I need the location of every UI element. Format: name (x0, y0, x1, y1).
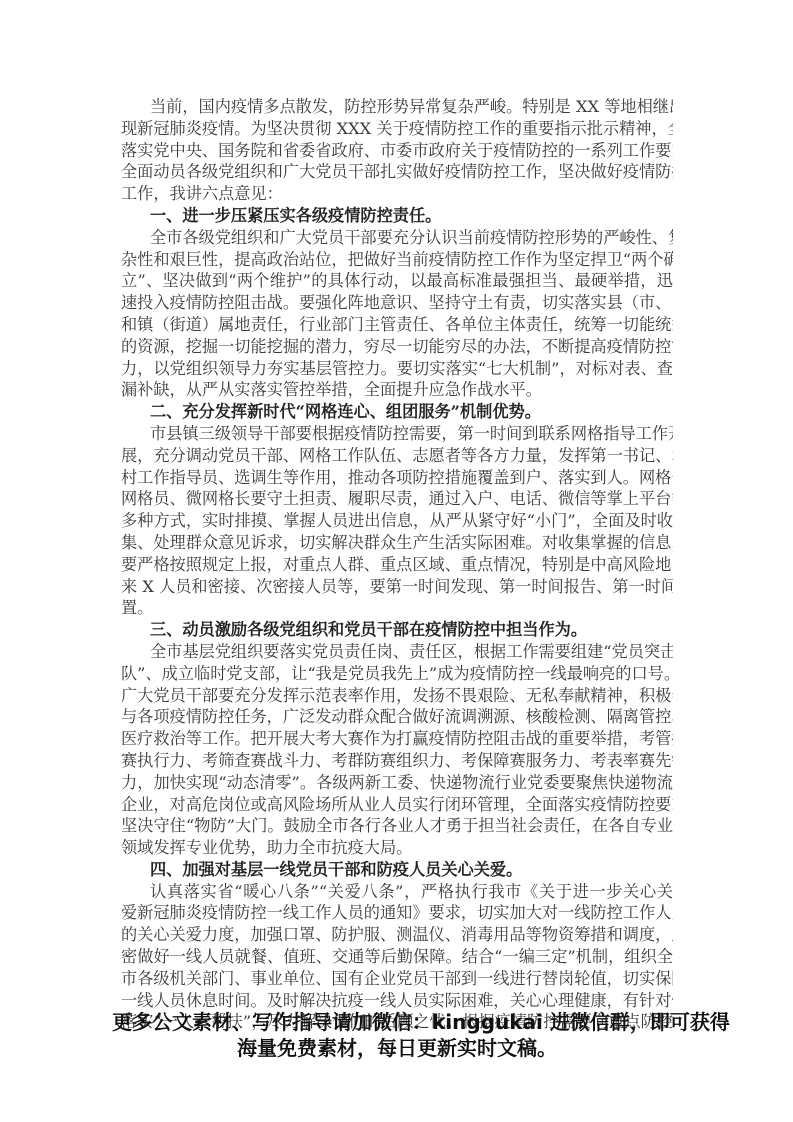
paragraph-line: 落实党中央、国务院和省委省政府、市委市政府关于疫情防控的一系列工作要求， (121, 140, 673, 162)
paragraph-line: 村工作指导员、选调生等作用，推动各项防控措施覆盖到户、落实到人。网格长、 (121, 467, 673, 489)
paragraph-line: 爱新冠肺炎疫情防控一线工作人员的通知》要求，切实加大对一线防控工作人员 (121, 902, 673, 924)
paragraph-line: 队”、成立临时党支部，让“我是党员我先上”成为疫情防控一线最响亮的口号。 (121, 663, 673, 685)
paragraph-line: 领域发挥专业优势，助力全市抗疫大局。 (121, 837, 673, 859)
paragraph-line: 的资源，挖掘一切能挖掘的潜力，穷尽一切能穷尽的办法，不断提高疫情防控能 (121, 336, 673, 358)
promo-footer: 更多公文素材、写作指导请加微信：kinggukai 进微信群，即可获得 海量免费… (112, 1009, 682, 1061)
paragraph-line: 市各级机关部门、事业单位、国有企业党员干部到一线进行替岗轮值，切实保障 (121, 968, 673, 990)
paragraph-line: 立”、坚决做到“两个维护”的具体行动，以最高标准最强担当、最硬举措，迅 (121, 270, 673, 292)
paragraph-line: 漏补缺，从严从实落实管控举措，全面提升应急作战水平。 (121, 379, 673, 401)
paragraph-line: 置。 (121, 597, 673, 619)
paragraph-line: 多种方式，实时排摸、掌握人员进出信息，从严从紧守好“小门”，全面及时收 (121, 510, 673, 532)
paragraph-line: 工作，我讲六点意见： (121, 183, 673, 205)
paragraph-line: 要严格按照规定上报，对重点人群、重点区域、重点情况，特别是中高风险地区 (121, 554, 673, 576)
paragraph-line: 来 X 人员和密接、次密接人员等，要第一时间发现、第一时间报告、第一时间处 (121, 576, 673, 598)
promo-footer-line-1: 更多公文素材、写作指导请加微信：kinggukai 进微信群，即可获得 (112, 1009, 682, 1035)
paragraph-line: 现新冠肺炎疫情。为坚决贯彻 XXX 关于疫情防控工作的重要指示批示精神，全面 (121, 118, 673, 140)
paragraph-line: 认真落实省“暖心八条”“关爱八条”，严格执行我市《关于进一步关心关 (121, 881, 673, 903)
paragraph-line: 坚决守住“物防”大门。鼓励全市各行各业人才勇于担当社会责任，在各自专业 (121, 815, 673, 837)
paragraph-line: 网格员、微网格长要守土担责、履职尽责，通过入户、电话、微信等掌上平台等 (121, 488, 673, 510)
paragraph-line: 赛执行力、考筛查赛战斗力、考群防赛组织力、考保障赛服务力、考表率赛先锋 (121, 750, 673, 772)
paragraph-line: 当前，国内疫情多点散发，防控形势异常复杂严峻。特别是 XX 等地相继出 (121, 96, 673, 118)
paragraph-line: 力，加快实现“动态清零”。各级两新工委、快递物流行业党委要聚焦快递物流 (121, 772, 673, 794)
document-page: 当前，国内疫情多点散发，防控形势异常复杂严峻。特别是 XX 等地相继出现新冠肺炎… (0, 0, 793, 1122)
paragraph-line: 展，充分调动党员干部、网格工作队伍、志愿者等各方力量，发挥第一书记、农 (121, 445, 673, 467)
paragraph-line: 全面动员各级党组织和广大党员干部扎实做好疫情防控工作，坚决做好疫情防控 (121, 161, 673, 183)
paragraph-line: 密做好一线人员就餐、值班、交通等后勤保障。结合“一编三定”机制，组织全 (121, 946, 673, 968)
section-heading: 三、动员激励各级党组织和党员干部在疫情防控中担当作为。 (121, 619, 673, 641)
paragraph-line: 集、处理群众意见诉求，切实解决群众生产生活实际困难。对收集掌握的信息， (121, 532, 673, 554)
paragraph-line: 杂性和艰巨性，提高政治站位，把做好当前疫情防控工作作为坚定捍卫“两个确 (121, 249, 673, 271)
promo-footer-line-2: 海量免费素材，每日更新实时文稿。 (112, 1035, 682, 1061)
paragraph-line: 速投入疫情防控阻击战。要强化阵地意识、坚持守土有责，切实落实县（市、区） (121, 292, 673, 314)
paragraph-line: 和镇（街道）属地责任，行业部门主管责任、各单位主体责任，统筹一切能统筹 (121, 314, 673, 336)
paragraph-line: 全市基层党组织要落实党员责任岗、责任区，根据工作需要组建“党员突击 (121, 641, 673, 663)
paragraph-line: 市县镇三级领导干部要根据疫情防控需要，第一时间到联系网格指导工作开 (121, 423, 673, 445)
paragraph-line: 与各项疫情防控任务，广泛发动群众配合做好流调溯源、核酸检测、隔离管控、 (121, 706, 673, 728)
paragraph-line: 力，以党组织领导力夯实基层管控力。要切实落实“七大机制”，对标对表、查 (121, 358, 673, 380)
section-heading: 一、进一步压紧压实各级疫情防控责任。 (121, 205, 673, 227)
paragraph-line: 的关心关爱力度，加强口罩、防护服、测温仪、消毒用品等物资筹措和调度，周 (121, 924, 673, 946)
section-heading: 四、加强对基层一线党员干部和防疫人员关心关爱。 (121, 859, 673, 881)
paragraph-line: 企业，对高危岗位或高风险场所从业人员实行闭环管理，全面落实疫情防控要求， (121, 794, 673, 816)
paragraph-line: 广大党员干部要充分发挥示范表率作用，发扬不畏艰险、无私奉献精神，积极参 (121, 685, 673, 707)
document-body: 当前，国内疫情多点散发，防控形势异常复杂严峻。特别是 XX 等地相继出现新冠肺炎… (121, 96, 673, 1033)
paragraph-line: 全市各级党组织和广大党员干部要充分认识当前疫情防控形势的严峻性、复 (121, 227, 673, 249)
paragraph-line: 医疗救治等工作。把开展大考大赛作为打赢疫情防控阻击战的重要举措，考管控 (121, 728, 673, 750)
section-heading: 二、充分发挥新时代“网格连心、组团服务”机制优势。 (121, 401, 673, 423)
